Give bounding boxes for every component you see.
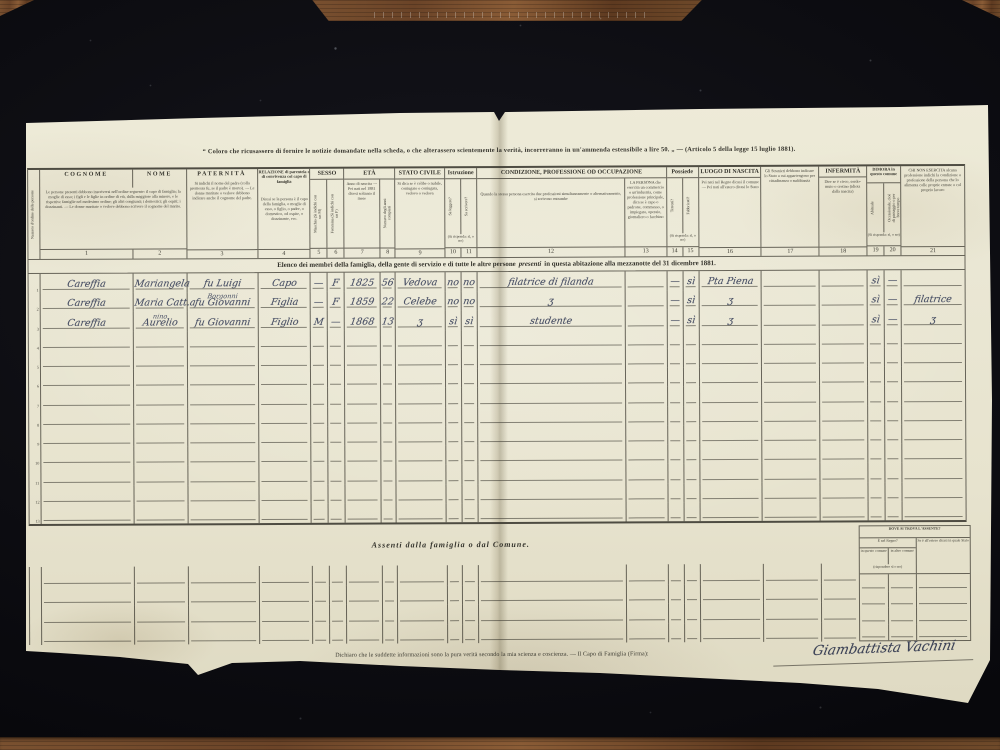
anni-compiuti-label: Numero degli anni compiuti (383, 193, 392, 235)
cognome-nome-note: Le persone presenti debbono inscriversi … (40, 188, 186, 211)
cell-sa-leggere (446, 388, 462, 407)
dust-specks (0, 0, 1, 1)
cell-sa-leggere (447, 503, 463, 522)
elenco-pre: Elenco dei membri della famiglia, della … (277, 261, 516, 269)
column-number-5: 5 (311, 249, 328, 258)
cell-paternita (188, 504, 259, 524)
sa-leggere-label: Sa leggere? (448, 190, 457, 224)
cell-cognome (41, 466, 134, 486)
cell-la-persona (626, 367, 668, 386)
cell-nome (134, 485, 188, 504)
column-title-paternita: PATERNITÀ (187, 169, 257, 179)
cell-cognome (41, 351, 134, 371)
cell-infermita (820, 405, 868, 424)
altro-comune-label: in altro comune (889, 548, 916, 553)
questo-comune-label: in questo comune (860, 548, 888, 553)
column-title-istruzione: Istruzione (445, 168, 476, 179)
cell-dimora-abituale: sì (868, 309, 885, 328)
cell-luogo-nascita: ʒ (699, 309, 762, 329)
cell-dimora-occasionale (885, 347, 902, 366)
column-number-19: 19 (868, 246, 885, 255)
assenti-table-row (30, 622, 859, 645)
cell-professione (478, 387, 626, 407)
cell-la-persona (626, 444, 668, 463)
column-number-12: 12 (477, 247, 625, 257)
cell-paternita (188, 388, 259, 408)
cell-fabbricati (684, 367, 700, 386)
elenco-post: in questa abitazione alla mezzanotte del… (544, 260, 716, 268)
assenti-section-title: Assenti dalla famiglia o dal Comune. (331, 540, 571, 550)
column-group-possiede: Possiede Terreni? Fabbricati? (Si rispon… (667, 167, 699, 256)
column-group-condizione: CONDIZIONE, PROFESSIONE OD OCCUPAZIONE Q… (477, 167, 667, 257)
cell-nome: Mariangela (133, 273, 187, 292)
cell-nome (134, 408, 188, 427)
cell-sesso-m (312, 484, 329, 503)
cell-paternita: fu Luigi (187, 273, 258, 293)
rispondere-note: (rispondere sì o no) (860, 564, 916, 569)
fabbricati-label: Fabbricati? (686, 189, 695, 223)
chi-non-esercita-note: CHI NON ESERCITA alcuna professione indi… (901, 167, 964, 194)
cell-dimora-abituale (868, 424, 885, 443)
cell-dimora-occasionale (885, 386, 902, 405)
cell-professione: studente (478, 310, 626, 330)
cell-chi-non-esercita (902, 270, 965, 290)
column-number-18: 18 (820, 246, 867, 255)
row-number-cell (30, 567, 42, 587)
cell-chi-non-esercita (903, 462, 966, 482)
cell-terreni (667, 329, 683, 348)
cell-sesso-m (312, 446, 329, 465)
cell-sa-scrivere (463, 503, 479, 522)
row-number-cell: 13 (30, 505, 42, 524)
cell-sesso-m (311, 369, 328, 388)
column-number-8: 8 (381, 248, 395, 257)
cell-sa-scrivere (462, 426, 478, 445)
cell-stranieri (763, 405, 821, 424)
cell-stranieri (763, 501, 821, 520)
cell-sesso-m (312, 504, 329, 523)
cell-nome (134, 504, 188, 523)
cell-sa-scrivere: no (462, 291, 478, 310)
cell-stranieri (763, 463, 821, 482)
column-title-relazione: RELAZIONE di parentela o di convivenza c… (258, 170, 310, 185)
cell-stato-civile: Vedova (396, 272, 446, 291)
cell-anno-nascita (346, 426, 382, 445)
row-number-cell: 1 (29, 274, 41, 293)
cell-cognome (41, 485, 134, 505)
cell-anni-compiuti: 22 (381, 292, 396, 311)
column-number-6: 6 (328, 249, 344, 258)
column-stato-civile: STATO CIVILE Si dica se è celibe o nubil… (395, 168, 445, 257)
cell-sa-scrivere (462, 464, 478, 483)
column-title-nome: NOME (133, 169, 186, 187)
cell-sa-scrivere (462, 349, 478, 368)
sesso-maschio-label: Maschio (Si indichi con un M) (314, 193, 324, 235)
cell-paternita: fu Giovanni (187, 312, 258, 332)
cell-cognome (41, 408, 134, 428)
cell-relazione (258, 369, 311, 388)
cell-la-persona (625, 291, 667, 310)
cell-paternita (188, 485, 259, 505)
cell-infermita (820, 328, 868, 347)
cell-stranieri (762, 309, 820, 328)
wood-bottom-edge (0, 737, 1000, 750)
cell-fabbricati (683, 329, 699, 348)
declaration-text: Dichiaro che le suddette informazioni so… (335, 651, 785, 659)
row-number-cell: 10 (29, 447, 41, 466)
census-form-sheet: “ Coloro che ricusassero di fornire le n… (0, 0, 1000, 750)
census-table-header: Numero d'ordine delle persone COGNOME NO… (27, 164, 965, 260)
column-title-dimora: DIMORA in questo comune (867, 167, 900, 177)
cell-stato-civile (396, 426, 446, 445)
cell-sesso-m (311, 350, 328, 369)
cell-paternita (188, 408, 259, 428)
cell-cognome (41, 331, 134, 351)
cell-anno-nascita (345, 349, 381, 368)
cell-paternita (188, 350, 259, 370)
cell-stranieri (762, 290, 820, 309)
cell-infermita (820, 270, 868, 289)
column-number-2: 2 (133, 249, 186, 258)
sesso-femmina-label: Femmina (Si indichi con un F) (331, 193, 341, 235)
cell-nome: Aurelionino (133, 312, 187, 331)
cell-anno-nascita (345, 330, 381, 349)
cell-professione: ʒ (478, 291, 626, 311)
column-number-13: 13 (625, 247, 666, 256)
cell-stranieri (763, 444, 821, 463)
cell-sesso-f (329, 465, 346, 484)
cell-la-persona (626, 348, 668, 367)
cell-la-persona (626, 425, 668, 444)
anno-nascita-note: Anno di nascita — Pei nati nel 1881 dice… (344, 181, 379, 203)
cell-dimora-abituale (869, 501, 886, 520)
cell-relazione (259, 407, 312, 426)
column-group-dimora: DIMORA in questo comune Abituale Occasio… (867, 166, 901, 255)
cell-sesso-m (312, 465, 329, 484)
cell-terreni (668, 348, 684, 367)
row-number-cell (30, 626, 42, 646)
cell-nome (134, 446, 188, 465)
cell-relazione (258, 331, 311, 350)
cell-la-persona (626, 464, 668, 483)
cell-anno-nascita (346, 503, 382, 522)
row-number-cell: 2 (29, 293, 41, 312)
cell-relazione (258, 350, 311, 369)
regno-label: È nel Regno? (860, 538, 916, 543)
cell-relazione (259, 427, 312, 446)
cell-relazione: Capo (258, 273, 311, 292)
column-title-eta: ETÀ (344, 168, 394, 179)
cell-stato-civile (396, 368, 446, 387)
column-number-3: 3 (187, 249, 257, 258)
cell-dimora-occasionale (885, 405, 902, 424)
cell-professione (478, 329, 626, 349)
cell-cognome: Careffia (41, 312, 134, 332)
cell-anno-nascita: 1859 (345, 292, 381, 311)
cell-sa-scrivere (462, 407, 478, 426)
cell-sesso-f (328, 350, 345, 369)
cell-fabbricati: sì (683, 271, 699, 290)
cell-chi-non-esercita: ʒ (902, 308, 965, 328)
column-title-infermita: INFERMITÀ (819, 166, 866, 177)
row-number-cell (30, 606, 42, 626)
estero-label: Se è all'estero dicasi in quale Stato (917, 538, 970, 543)
column-title-stato-civile: STATO CIVILE (395, 168, 444, 179)
cell-sesso-f (328, 388, 345, 407)
cell-sa-scrivere: no (462, 272, 478, 291)
column-number-1: 1 (40, 250, 133, 259)
paternita-note: Si indichi il nome del padre (colla prem… (187, 180, 257, 203)
cell-dimora-abituale: sì (868, 270, 885, 289)
column-number-16: 16 (699, 247, 761, 256)
cell-dimora-abituale (868, 386, 885, 405)
row-number-cell: 9 (29, 428, 41, 447)
cell-dimora-abituale (869, 463, 886, 482)
infermita-note: Dire se è cieco, sordo-muto o cretino (i… (819, 179, 866, 196)
cell-anno-nascita (346, 484, 382, 503)
cell-anno-nascita: 1825 (345, 273, 381, 292)
cell-infermita (821, 424, 869, 443)
cell-stato-civile: Celebe (396, 291, 446, 310)
cell-professione (479, 483, 627, 503)
column-number-4: 4 (258, 249, 310, 258)
census-table-body: 1 Careffia Mariangela fu Luigi Capo — F … (28, 270, 967, 526)
cell-chi-non-esercita: filatrice (902, 289, 965, 309)
cell-sa-leggere (446, 330, 462, 349)
cell-fabbricati (684, 502, 700, 521)
cell-chi-non-esercita (902, 443, 965, 463)
row-number-cell: 5 (29, 351, 41, 370)
cell-anno-nascita (345, 407, 381, 426)
column-title-possiede: Possiede (667, 167, 698, 178)
cell-fabbricati (683, 348, 699, 367)
cell-infermita (821, 463, 869, 482)
cell-sa-leggere: sì (446, 311, 462, 330)
cell-sesso-f: F (328, 273, 345, 292)
cell-sesso-f (329, 503, 346, 522)
cell-professione (478, 464, 626, 484)
cell-stranieri (763, 482, 821, 501)
cell-sesso-f (329, 427, 346, 446)
column-group-cognome-nome: COGNOME NOME Le persone presenti debbono… (40, 169, 187, 259)
cell-sesso-f (328, 407, 345, 426)
cell-chi-non-esercita (902, 424, 965, 444)
wood-corner-left (0, 0, 34, 16)
cell-relazione: Figlia (258, 292, 311, 311)
cell-stranieri (762, 348, 820, 367)
cell-nome: Maria Catt.a (133, 293, 187, 312)
cell-anni-compiuti (382, 465, 397, 484)
cell-paternita (188, 369, 259, 389)
cell-stranieri (762, 328, 820, 347)
cell-anni-compiuti (381, 349, 396, 368)
cell-professione (478, 445, 626, 465)
cell-chi-non-esercita (902, 385, 965, 405)
cell-cognome (42, 504, 135, 524)
cell-relazione (259, 388, 312, 407)
cell-chi-non-esercita (903, 482, 966, 502)
column-title-cognome: COGNOME (40, 170, 133, 188)
cell-infermita (821, 482, 869, 501)
stato-civile-note: Si dica se è celibe o nubile, coniugato … (395, 180, 444, 197)
istruzione-note: (Si risponda: sì, o no) (445, 234, 476, 243)
cell-fabbricati (684, 406, 700, 425)
cell-sesso-m: — (311, 273, 328, 292)
cell-sa-scrivere (462, 330, 478, 349)
cell-anni-compiuti (381, 388, 396, 407)
cell-fabbricati (684, 463, 700, 482)
cell-infermita (821, 501, 869, 520)
cell-cognome: Careffia (41, 274, 134, 294)
cell-la-persona (626, 483, 668, 502)
cell-anni-compiuti: 13 (381, 311, 396, 330)
assenti-table-body (29, 563, 859, 645)
cell-luogo-nascita (700, 463, 763, 483)
cell-dimora-occasionale (885, 328, 902, 347)
cell-paternita (188, 465, 259, 485)
cell-nome (134, 389, 188, 408)
cell-la-persona (625, 310, 667, 329)
column-number-17: 17 (762, 247, 819, 256)
column-title-condizione: CONDIZIONE, PROFESSIONE OD OCCUPAZIONE (477, 167, 666, 179)
cell-cognome (41, 427, 134, 447)
cell-nome (134, 350, 188, 369)
cell-sa-leggere (446, 426, 462, 445)
cell-paternita (187, 331, 258, 351)
cell-la-persona (626, 387, 668, 406)
cell-anni-compiuti (381, 369, 396, 388)
ruler-ticks (374, 12, 653, 18)
cell-dimora-occasionale (886, 482, 903, 501)
condizione-note: Quando la stessa persona esercita due pr… (477, 191, 624, 204)
dimora-abituale-label: Abituale (870, 193, 880, 223)
dove-box-rows (860, 574, 970, 640)
column-title-sesso: SESSO (310, 169, 343, 180)
cell-anno-nascita (345, 388, 381, 407)
row-number-cell: 6 (29, 370, 41, 389)
cell-anni-compiuti (381, 426, 396, 445)
cell-terreni (668, 444, 684, 463)
cell-luogo-nascita (700, 502, 763, 522)
cell-cognome (41, 447, 134, 467)
cell-sesso-m (312, 407, 329, 426)
row-number-cell: 7 (29, 389, 41, 408)
cell-dimora-abituale (868, 347, 885, 366)
wood-corner-right (962, 0, 1000, 18)
cell-anno-nascita (346, 465, 382, 484)
cell-fabbricati (684, 387, 700, 406)
cell-sa-scrivere: sì (462, 311, 478, 330)
cell-stato-civile (396, 330, 446, 349)
cell-la-persona (626, 406, 668, 425)
table-row: 13 (30, 501, 966, 524)
cell-terreni (668, 464, 684, 483)
cell-anni-compiuti (382, 503, 397, 522)
cell-luogo-nascita (700, 425, 763, 445)
cell-relazione (259, 465, 312, 484)
cell-infermita (820, 309, 868, 328)
column-number-11: 11 (462, 248, 477, 257)
photo-scene: “ Coloro che ricusassero di fornire le n… (0, 0, 1000, 750)
cell-professione (478, 406, 626, 426)
cell-infermita (821, 444, 869, 463)
cell-anni-compiuti (382, 446, 397, 465)
cell-sa-scrivere (462, 368, 478, 387)
cell-la-persona (626, 329, 668, 348)
cell-sa-scrivere (462, 445, 478, 464)
cell-stato-civile (396, 388, 446, 407)
cell-stato-civile (397, 465, 447, 484)
sheet-content: “ Coloro che ricusassero di fornire le n… (0, 0, 1000, 750)
cell-dimora-abituale (868, 328, 885, 347)
order-number-label: Numero d'ordine delle persone (30, 187, 37, 242)
cell-dimora-occasionale: — (885, 289, 902, 308)
cell-fabbricati (684, 444, 700, 463)
column-group-sesso: SESSO Maschio (Si indichi con un M) Femm… (310, 169, 344, 258)
cell-sa-leggere (446, 368, 462, 387)
stranieri-note: Gli Stranieri debbono indicare lo Stato … (762, 168, 819, 186)
cell-terreni (668, 367, 684, 386)
cell-stato-civile (396, 407, 446, 426)
cell-sa-leggere (446, 445, 462, 464)
cell-terreni (668, 406, 684, 425)
luogo-nascita-note: Pei nati nel Regno dicasi il comune — Pe… (699, 179, 761, 192)
cell-relazione (259, 504, 312, 523)
dove-box-title: DOVE SI TROVA L'ASSENTE? (860, 526, 970, 531)
column-infermita: INFERMITÀ Dire se è cieco, sordo-muto o … (819, 166, 867, 255)
cell-sa-leggere (446, 465, 462, 484)
cell-professione (478, 348, 626, 368)
cell-chi-non-esercita (902, 347, 965, 367)
cell-terreni: — (667, 290, 683, 309)
cell-stato-civile (397, 503, 447, 522)
cell-sesso-m (311, 388, 328, 407)
cell-terreni (668, 387, 684, 406)
cell-anni-compiuti (381, 330, 396, 349)
dove-box-row (860, 607, 970, 624)
cell-chi-non-esercita (902, 366, 965, 386)
terreni-label: Terreni? (670, 189, 679, 223)
cell-sa-scrivere (462, 388, 478, 407)
cell-sa-leggere (446, 349, 462, 368)
cell-anni-compiuti (382, 484, 397, 503)
cell-nome (134, 466, 188, 485)
cell-luogo-nascita (700, 367, 763, 387)
column-number-20: 20 (885, 246, 901, 255)
cell-dimora-occasionale (885, 443, 902, 462)
cell-cognome (41, 370, 134, 390)
column-chi-non-esercita: CHI NON ESERCITA alcuna professione indi… (901, 166, 964, 255)
column-group-istruzione: Istruzione Sa leggere? Sa scrivere? (Si … (445, 168, 477, 257)
signature-line (773, 659, 973, 666)
cell-stato-civile (396, 349, 446, 368)
cell-professione (478, 425, 626, 445)
cell-sesso-f: — (328, 311, 345, 330)
cell-anno-nascita (345, 369, 381, 388)
column-stranieri: Gli Stranieri debbono indicare lo Stato … (762, 167, 820, 256)
cell-chi-non-esercita (903, 501, 966, 521)
cell-infermita (820, 347, 868, 366)
cell-relazione: Figlio (258, 311, 311, 330)
cell-dimora-occasionale (886, 463, 903, 482)
cell-sa-leggere: no (446, 272, 462, 291)
dove-box-row (860, 574, 970, 591)
table-wood-surface (300, 0, 710, 21)
cell-stranieri (762, 386, 820, 405)
column-number-15: 15 (683, 247, 698, 256)
cell-sesso-m (311, 330, 328, 349)
cell-luogo-nascita (699, 348, 762, 368)
